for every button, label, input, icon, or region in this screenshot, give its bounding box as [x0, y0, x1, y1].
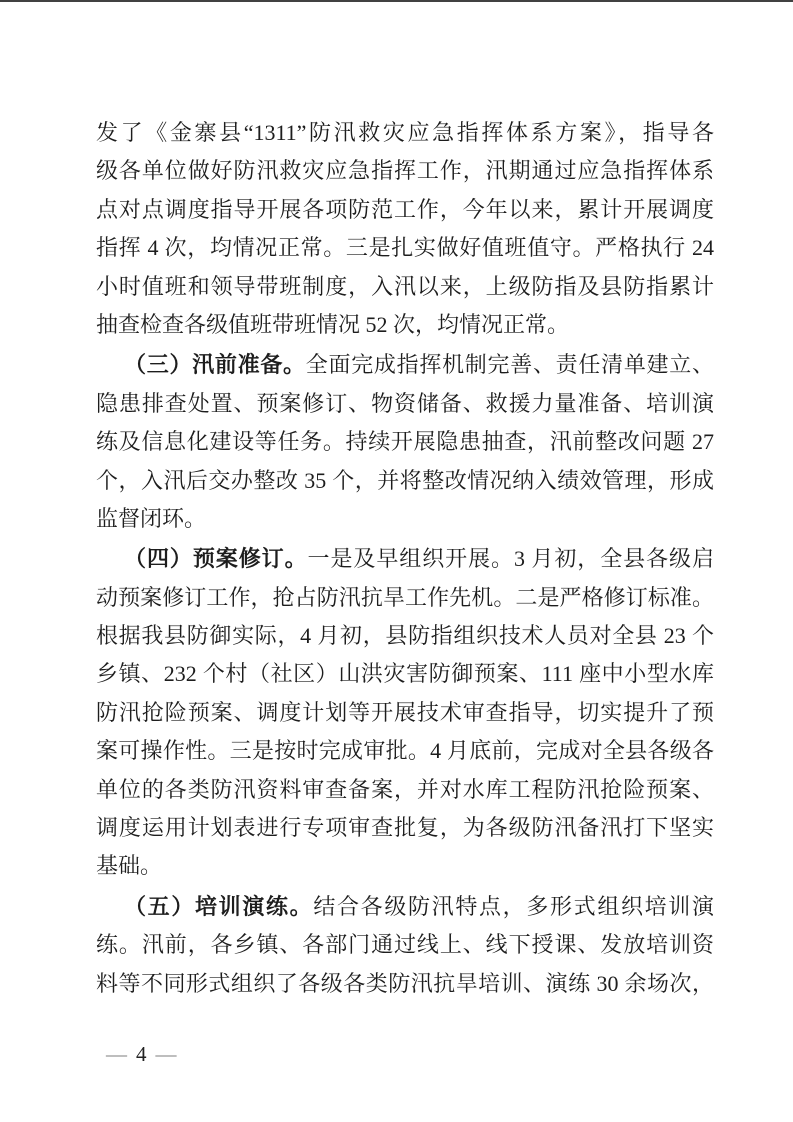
text-line: （四）预案修订。一是及早组织开展。3 月初，全县各级启 [96, 540, 714, 578]
text-line: （五）培训演练。结合各级防汛特点，多形式组织培训演 [96, 888, 714, 926]
section-heading: （四）预案修订。 [124, 546, 308, 571]
text-line: 单位的各类防汛资料审查备案，并对水库工程防汛抢险预案、 [96, 771, 714, 809]
text-line: 案可操作性。三是按时完成审批。4 月底前，完成对全县各级各 [96, 732, 714, 770]
section-heading: （五）培训演练。 [124, 894, 313, 919]
document-body: 发了《金寨县“1311”防汛救灾应急指挥体系方案》，指导各 级各单位做好防汛救灾… [96, 114, 714, 1003]
text-line: 个，入汛后交办整改 35 个，并将整改情况纳入绩效管理，形成 [96, 462, 714, 500]
text-line: 动预案修订工作，抢占防汛抗旱工作先机。二是严格修订标准。 [96, 579, 714, 617]
text-line: 练。汛前，各乡镇、各部门通过线上、线下授课、发放培训资 [96, 926, 714, 964]
text-line: 监督闭环。 [96, 500, 714, 538]
page-number-dash-left: — [106, 1043, 127, 1065]
text-line: 指挥 4 次，均情况正常。三是扎实做好值班值守。严格执行 24 [96, 229, 714, 267]
text-line: 练及信息化建设等任务。持续开展隐患抽查，汛前整改问题 27 [96, 423, 714, 461]
paragraph-section-3-pre-flood-preparation: （三）汛前准备。全面完成指挥机制完善、责任清单建立、 隐患排查处置、预案修订、物… [96, 346, 714, 538]
paragraph-section-4-plan-revision: （四）预案修订。一是及早组织开展。3 月初，全县各级启 动预案修订工作，抢占防汛… [96, 540, 714, 886]
text-line: 抽查检查各级值班带班情况 52 次，均情况正常。 [96, 306, 714, 344]
text-line: 调度运用计划表进行专项审查批复，为各级防汛备汛打下坚实 [96, 809, 714, 847]
text-line: 基础。 [96, 847, 714, 885]
section-heading: （三）汛前准备。 [124, 352, 306, 377]
text-run: 全面完成指挥机制完善、责任清单建立、 [306, 352, 714, 377]
text-line: 小时值班和领导带班制度，入汛以来，上级防指及县防指累计 [96, 268, 714, 306]
page-number-dash-right: — [156, 1043, 177, 1065]
text-line: 隐患排查处置、预案修订、物资储备、救援力量准备、培训演 [96, 385, 714, 423]
text-run: 结合各级防汛特点，多形式组织培训演 [313, 894, 714, 919]
text-line: 点对点调度指导开展各项防范工作，今年以来，累计开展调度 [96, 191, 714, 229]
text-line: 级各单位做好防汛救灾应急指挥工作，汛期通过应急指挥体系 [96, 152, 714, 190]
text-line: （三）汛前准备。全面完成指挥机制完善、责任清单建立、 [96, 346, 714, 384]
paragraph-continuation: 发了《金寨县“1311”防汛救灾应急指挥体系方案》，指导各 级各单位做好防汛救灾… [96, 114, 714, 344]
text-line: 乡镇、232 个村（社区）山洪灾害防御预案、111 座中小型水库 [96, 655, 714, 693]
text-line: 料等不同形式组织了各级各类防汛抗旱培训、演练 30 余场次， [96, 965, 714, 1003]
paragraph-section-5-training-drills: （五）培训演练。结合各级防汛特点，多形式组织培训演 练。汛前，各乡镇、各部门通过… [96, 888, 714, 1003]
text-line: 根据我县防御实际，4 月初，县防指组织技术人员对全县 23 个 [96, 617, 714, 655]
text-line: 发了《金寨县“1311”防汛救灾应急指挥体系方案》，指导各 [96, 114, 714, 152]
document-page: 发了《金寨县“1311”防汛救灾应急指挥体系方案》，指导各 级各单位做好防汛救灾… [0, 0, 793, 1122]
text-run: 一是及早组织开展。3 月初，全县各级启 [308, 546, 714, 571]
page-number-value: 4 [136, 1043, 147, 1065]
text-line: 防汛抢险预案、调度计划等开展技术审查指导，切实提升了预 [96, 694, 714, 732]
page-number: — 4 — [106, 1043, 177, 1065]
